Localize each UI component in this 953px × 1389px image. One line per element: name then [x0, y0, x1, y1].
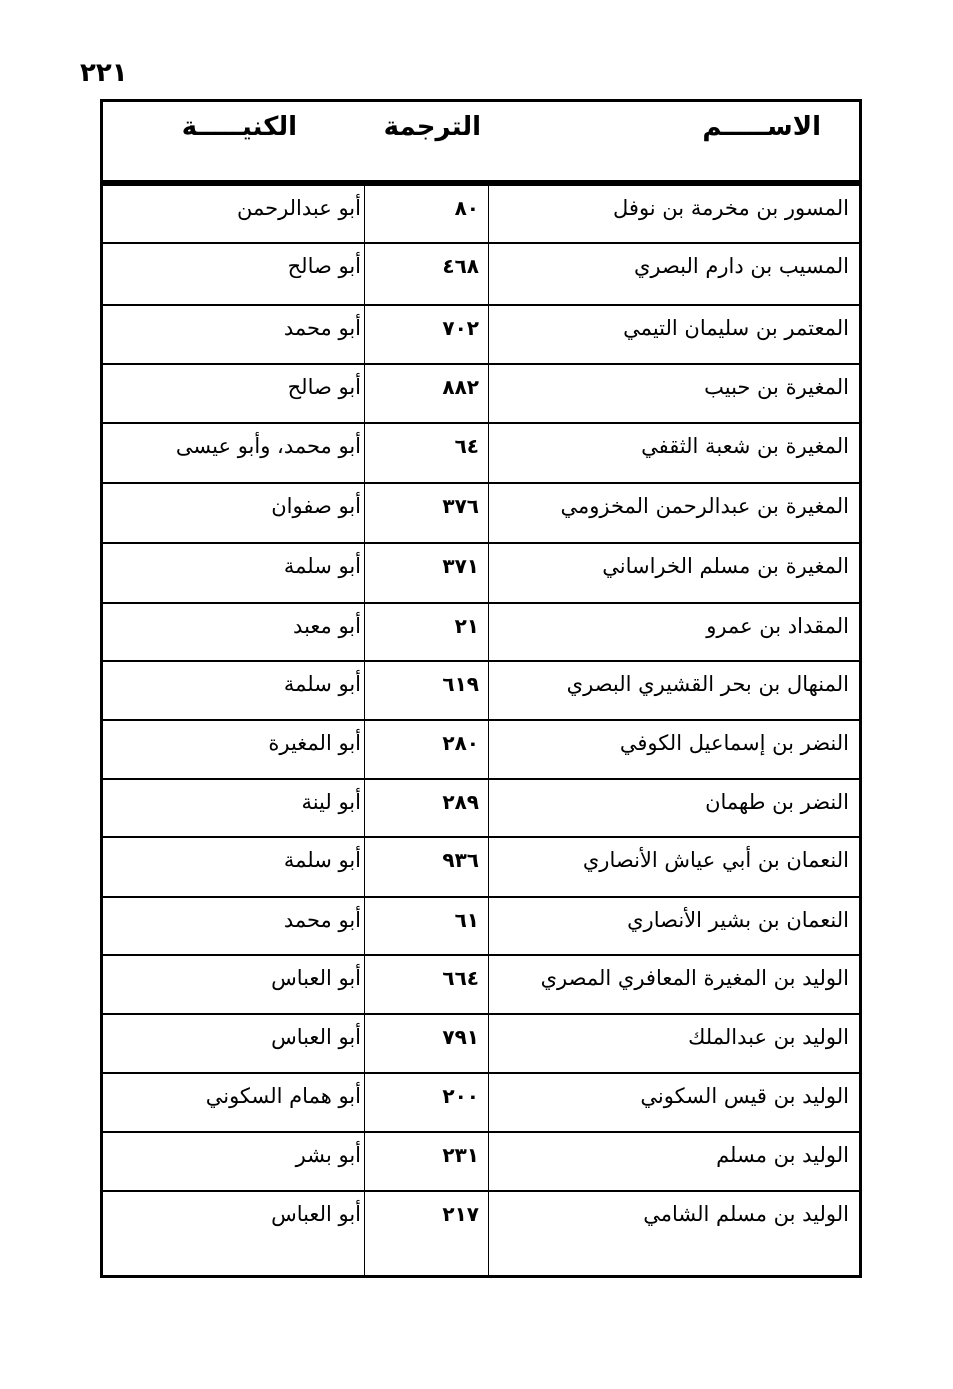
cell-kunya: أبو بشر — [296, 1143, 361, 1167]
header-kunya: الكنيـــــة — [182, 112, 297, 142]
table-row: المغيرة بن عبدالرحمن المخزومي٣٧٦أبو صفوا… — [103, 484, 859, 544]
table-row: النضر بن طهمان٢٨٩أبو لينة — [103, 780, 859, 838]
cell-name: الوليد بن عبدالملك — [688, 1025, 849, 1049]
cell-name: المغيرة بن مسلم الخراساني — [602, 554, 849, 578]
cell-kunya: أبو صفوان — [271, 494, 361, 518]
cell-name: المنهال بن بحر القشيري البصري — [567, 672, 849, 696]
cell-name: المقداد بن عمرو — [706, 614, 849, 638]
cell-translation: ٦٦٤ — [442, 966, 479, 990]
cell-translation: ٩٣٦ — [442, 848, 479, 872]
table-body: المسور بن مخرمة بن نوفل٨٠أبو عبدالرحمنال… — [103, 186, 859, 1275]
cell-kunya: أبو العباس — [271, 1202, 361, 1226]
cell-name: المغيرة بن عبدالرحمن المخزومي — [560, 494, 849, 518]
table-row: المسيب بن دارم البصري٤٦٨أبو صالح — [103, 244, 859, 306]
cell-name: النعمان بن أبي عياش الأنصاري — [583, 848, 849, 872]
cell-translation: ٧٩١ — [442, 1025, 479, 1049]
cell-translation: ٣٧٦ — [442, 494, 479, 518]
cell-kunya: أبو محمد — [284, 908, 361, 932]
cell-translation: ٢٠٠ — [442, 1084, 479, 1108]
cell-translation: ٦١ — [455, 908, 479, 932]
table-header: الاســـــم الترجمة الكنيـــــة — [103, 102, 859, 186]
table-row: المغيرة بن شعبة الثقفي٦٤أبو محمد، وأبو ع… — [103, 424, 859, 484]
cell-name: المسور بن مخرمة بن نوفل — [613, 196, 849, 220]
cell-translation: ٢١٧ — [442, 1202, 479, 1226]
header-name: الاســـــم — [702, 112, 821, 142]
cell-kunya: أبو سلمة — [284, 672, 361, 696]
cell-translation: ٨٨٢ — [442, 375, 479, 399]
cell-translation: ٨٠ — [455, 196, 479, 220]
cell-name: النضر بن طهمان — [705, 790, 849, 814]
table-row: الوليد بن مسلم٢٣١أبو بشر — [103, 1133, 859, 1192]
cell-name: الوليد بن المغيرة المعافري المصري — [541, 966, 849, 990]
cell-kunya: أبو عبدالرحمن — [237, 196, 361, 220]
cell-name: الوليد بن مسلم — [716, 1143, 849, 1167]
names-table: الاســـــم الترجمة الكنيـــــة المسور بن… — [100, 99, 862, 1278]
cell-kunya: أبو محمد، وأبو عيسى — [176, 434, 361, 458]
cell-kunya: أبو صالح — [288, 254, 361, 278]
cell-translation: ٢١ — [455, 614, 479, 638]
cell-name: الوليد بن مسلم الشامي — [643, 1202, 849, 1226]
cell-translation: ٢٣١ — [442, 1143, 479, 1167]
cell-name: المسيب بن دارم البصري — [634, 254, 849, 278]
cell-translation: ٤٦٨ — [442, 254, 479, 278]
table-row: المقداد بن عمرو٢١أبو معبد — [103, 604, 859, 662]
cell-translation: ٦١٩ — [442, 672, 479, 696]
table-row: المنهال بن بحر القشيري البصري٦١٩أبو سلمة — [103, 662, 859, 721]
cell-kunya: أبو معبد — [293, 614, 361, 638]
cell-kunya: أبو صالح — [288, 375, 361, 399]
header-translation: الترجمة — [384, 112, 481, 142]
cell-translation: ٦٤ — [455, 434, 479, 458]
cell-name: النعمان بن بشير الأنصاري — [627, 908, 849, 932]
table-row: الوليد بن قيس السكوني٢٠٠أبو همام السكوني — [103, 1074, 859, 1133]
cell-kunya: أبو همام السكوني — [206, 1084, 361, 1108]
table-row: المعتمر بن سليمان التيمي٧٠٢أبو محمد — [103, 306, 859, 365]
cell-name: المغيرة بن شعبة الثقفي — [641, 434, 849, 458]
cell-kunya: أبو المغيرة — [268, 731, 361, 755]
cell-kunya: أبو محمد — [284, 316, 361, 340]
table-row: المغيرة بن حبيب٨٨٢أبو صالح — [103, 365, 859, 424]
cell-kunya: أبو العباس — [271, 1025, 361, 1049]
table-row: الوليد بن عبدالملك٧٩١أبو العباس — [103, 1015, 859, 1074]
cell-kunya: أبو سلمة — [284, 554, 361, 578]
table-row: الوليد بن المغيرة المعافري المصري٦٦٤أبو … — [103, 956, 859, 1015]
table-row: النضر بن إسماعيل الكوفي٢٨٠أبو المغيرة — [103, 721, 859, 780]
cell-kunya: أبو العباس — [271, 966, 361, 990]
cell-translation: ٢٨٩ — [442, 790, 479, 814]
table-row: المغيرة بن مسلم الخراساني٣٧١أبو سلمة — [103, 544, 859, 604]
cell-kunya: أبو لينة — [301, 790, 361, 814]
cell-translation: ٧٠٢ — [442, 316, 479, 340]
page-number: ٢٢١ — [80, 58, 128, 88]
cell-translation: ٣٧١ — [442, 554, 479, 578]
table-row: النعمان بن أبي عياش الأنصاري٩٣٦أبو سلمة — [103, 838, 859, 898]
table-row: النعمان بن بشير الأنصاري٦١أبو محمد — [103, 898, 859, 956]
cell-kunya: أبو سلمة — [284, 848, 361, 872]
cell-name: المغيرة بن حبيب — [704, 375, 849, 399]
cell-translation: ٢٨٠ — [442, 731, 479, 755]
cell-name: الوليد بن قيس السكوني — [640, 1084, 849, 1108]
table-row: المسور بن مخرمة بن نوفل٨٠أبو عبدالرحمن — [103, 186, 859, 244]
cell-name: المعتمر بن سليمان التيمي — [623, 316, 849, 340]
table-row: الوليد بن مسلم الشامي٢١٧أبو العباس — [103, 1192, 859, 1275]
cell-name: النضر بن إسماعيل الكوفي — [620, 731, 849, 755]
